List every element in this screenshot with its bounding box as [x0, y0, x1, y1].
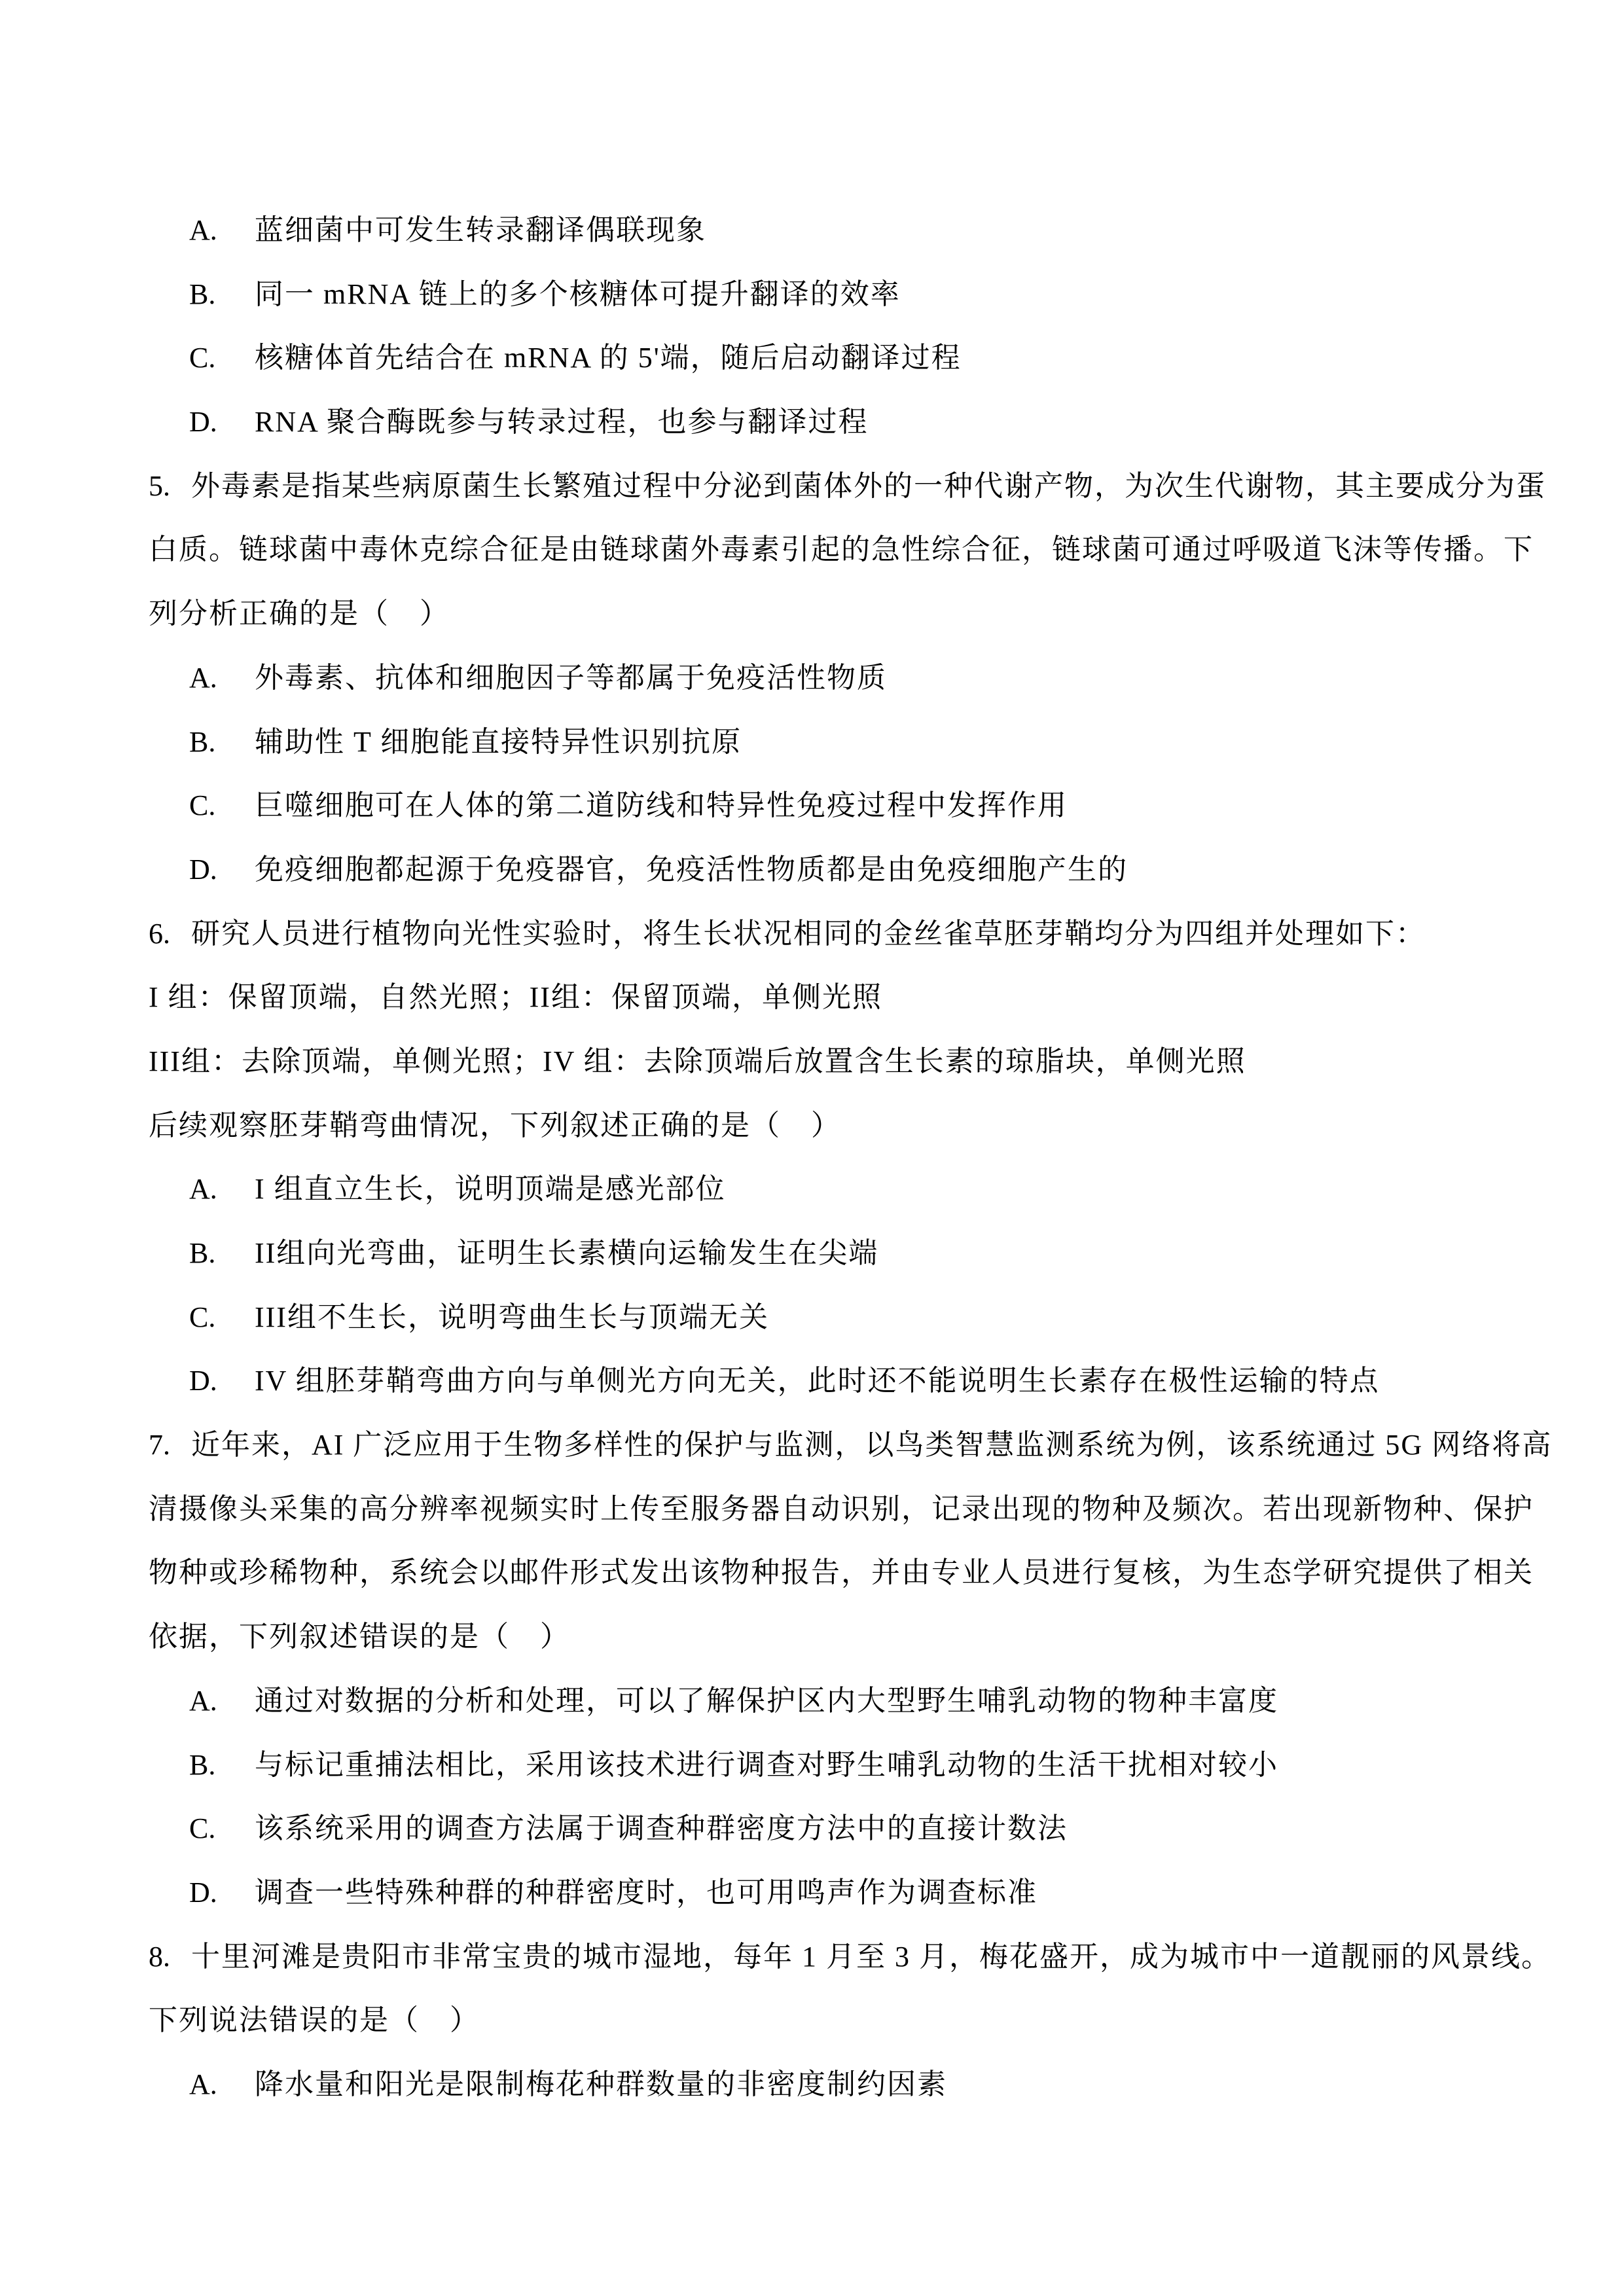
- question-stem-line: 6.研究人员进行植物向光性实验时，将生长状况相同的金丝雀草胚芽鞘均分为四组并处理…: [149, 902, 1566, 966]
- option-row: A.I 组直立生长，说明顶端是感光部位: [149, 1157, 1566, 1221]
- option-label: A.: [189, 2053, 255, 2117]
- question-stem-line: 8.十里河滩是贵阳市非常宝贵的城市湿地，每年 1 月至 3 月，梅花盛开，成为城…: [149, 1925, 1566, 1989]
- option-row: D.RNA 聚合酶既参与转录过程，也参与翻译过程: [149, 390, 1566, 454]
- stem-text: 近年来，AI 广泛应用于生物多样性的保护与监测，以鸟类智慧监测系统为例，该系统通…: [191, 1429, 1552, 1461]
- question-stem-line: 清摄像头采集的高分辨率视频实时上传至服务器自动识别，记录出现的物种及频次。若出现…: [149, 1477, 1566, 1541]
- question-number: 8.: [149, 1925, 191, 1989]
- option-text: 调查一些特殊种群的种群密度时，也可用鸣声作为调查标准: [255, 1876, 1038, 1909]
- stem-text: 清摄像头采集的高分辨率视频实时上传至服务器自动识别，记录出现的物种及频次。若出现…: [149, 1493, 1534, 1525]
- stem-text: 外毒素是指某些病原菌生长繁殖过程中分泌到菌体外的一种代谢产物，为次生代谢物，其主…: [191, 470, 1546, 502]
- question-stem-line: III组：去除顶端，单侧光照；IV 组：去除顶端后放置含生长素的琼脂块，单侧光照: [149, 1030, 1566, 1094]
- option-label: A.: [189, 198, 255, 262]
- question-number: 7.: [149, 1413, 191, 1477]
- option-row: A.外毒素、抗体和细胞因子等都属于免疫活性物质: [149, 646, 1566, 710]
- option-row: C.该系统采用的调查方法属于调查种群密度方法中的直接计数法: [149, 1797, 1566, 1861]
- option-row: B.与标记重捕法相比，采用该技术进行调查对野生哺乳动物的生活干扰相对较小: [149, 1733, 1566, 1797]
- option-label: C.: [189, 326, 255, 390]
- option-row: B.II组向光弯曲，证明生长素横向运输发生在尖端: [149, 1221, 1566, 1285]
- option-label: A.: [189, 646, 255, 710]
- exam-page: A.蓝细菌中可发生转录翻译偶联现象B.同一 mRNA 链上的多个核糖体可提升翻译…: [0, 0, 1624, 2296]
- question-stem-line: 列分析正确的是（ ）: [149, 582, 1566, 646]
- option-text: 免疫细胞都起源于免疫器官，免疫活性物质都是由免疫细胞产生的: [255, 853, 1128, 886]
- option-text: II组向光弯曲，证明生长素横向运输发生在尖端: [255, 1237, 878, 1269]
- question-stem-line: I 组：保留顶端，自然光照；II组：保留顶端，单侧光照: [149, 965, 1566, 1030]
- questions-area: A.蓝细菌中可发生转录翻译偶联现象B.同一 mRNA 链上的多个核糖体可提升翻译…: [149, 198, 1566, 2117]
- option-row: D.IV 组胚芽鞘弯曲方向与单侧光方向无关，此时还不能说明生长素存在极性运输的特…: [149, 1349, 1566, 1413]
- option-label: C.: [189, 1285, 255, 1350]
- option-text: 巨噬细胞可在人体的第二道防线和特异性免疫过程中发挥作用: [255, 789, 1068, 821]
- question-stem-line: 5.外毒素是指某些病原菌生长繁殖过程中分泌到菌体外的一种代谢产物，为次生代谢物，…: [149, 454, 1566, 518]
- stem-text: 后续观察胚芽鞘弯曲情况，下列叙述正确的是（ ）: [149, 1109, 841, 1141]
- option-row: D.免疫细胞都起源于免疫器官，免疫活性物质都是由免疫细胞产生的: [149, 838, 1566, 902]
- option-text: 蓝细菌中可发生转录翻译偶联现象: [255, 214, 706, 246]
- option-row: C.III组不生长，说明弯曲生长与顶端无关: [149, 1285, 1566, 1350]
- option-text: 同一 mRNA 链上的多个核糖体可提升翻译的效率: [255, 278, 901, 310]
- option-label: B.: [189, 710, 255, 774]
- option-label: D.: [189, 838, 255, 902]
- option-label: C.: [189, 1797, 255, 1861]
- stem-text: 研究人员进行植物向光性实验时，将生长状况相同的金丝雀草胚芽鞘均分为四组并处理如下…: [191, 918, 1426, 950]
- option-text: III组不生长，说明弯曲生长与顶端无关: [255, 1301, 769, 1333]
- option-row: B.辅助性 T 细胞能直接特异性识别抗原: [149, 710, 1566, 774]
- option-label: B.: [189, 1733, 255, 1797]
- stem-text: III组：去除顶端，单侧光照；IV 组：去除顶端后放置含生长素的琼脂块，单侧光照: [149, 1045, 1246, 1077]
- option-row: B.同一 mRNA 链上的多个核糖体可提升翻译的效率: [149, 262, 1566, 327]
- option-label: B.: [189, 262, 255, 327]
- option-label: D.: [189, 390, 255, 454]
- option-text: 外毒素、抗体和细胞因子等都属于免疫活性物质: [255, 662, 887, 694]
- option-label: D.: [189, 1861, 255, 1925]
- option-label: B.: [189, 1221, 255, 1285]
- stem-text: 下列说法错误的是（ ）: [149, 2004, 480, 2036]
- stem-text: 列分析正确的是（ ）: [149, 598, 450, 630]
- question-stem-line: 后续观察胚芽鞘弯曲情况，下列叙述正确的是（ ）: [149, 1094, 1566, 1158]
- option-text: 辅助性 T 细胞能直接特异性识别抗原: [255, 726, 742, 758]
- option-row: C.核糖体首先结合在 mRNA 的 5'端，随后启动翻译过程: [149, 326, 1566, 390]
- question-number: 5.: [149, 454, 191, 518]
- option-row: A.蓝细菌中可发生转录翻译偶联现象: [149, 198, 1566, 262]
- option-text: I 组直立生长，说明顶端是感光部位: [255, 1173, 726, 1205]
- option-text: RNA 聚合酶既参与转录过程，也参与翻译过程: [255, 406, 868, 438]
- question-stem-line: 7.近年来，AI 广泛应用于生物多样性的保护与监测，以鸟类智慧监测系统为例，该系…: [149, 1413, 1566, 1477]
- option-row: C.巨噬细胞可在人体的第二道防线和特异性免疫过程中发挥作用: [149, 774, 1566, 838]
- option-label: D.: [189, 1349, 255, 1413]
- question-stem-line: 白质。链球菌中毒休克综合征是由链球菌外毒素引起的急性综合征，链球菌可通过呼吸道飞…: [149, 518, 1566, 582]
- option-text: 该系统采用的调查方法属于调查种群密度方法中的直接计数法: [255, 1812, 1068, 1844]
- question-stem-line: 下列说法错误的是（ ）: [149, 1988, 1566, 2053]
- option-text: 降水量和阳光是限制梅花种群数量的非密度制约因素: [255, 2068, 947, 2100]
- question-number: 6.: [149, 902, 191, 966]
- question-stem-line: 依据，下列叙述错误的是（ ）: [149, 1605, 1566, 1669]
- stem-text: 白质。链球菌中毒休克综合征是由链球菌外毒素引起的急性综合征，链球菌可通过呼吸道飞…: [149, 533, 1534, 565]
- option-label: C.: [189, 774, 255, 838]
- option-text: 核糖体首先结合在 mRNA 的 5'端，随后启动翻译过程: [255, 342, 962, 374]
- option-label: A.: [189, 1157, 255, 1221]
- option-text: 与标记重捕法相比，采用该技术进行调查对野生哺乳动物的生活干扰相对较小: [255, 1749, 1278, 1781]
- stem-text: 依据，下列叙述错误的是（ ）: [149, 1621, 570, 1653]
- question-stem-line: 物种或珍稀物种，系统会以邮件形式发出该物种报告，并由专业人员进行复核，为生态学研…: [149, 1541, 1566, 1605]
- option-label: A.: [189, 1669, 255, 1733]
- option-row: D.调查一些特殊种群的种群密度时，也可用鸣声作为调查标准: [149, 1861, 1566, 1925]
- stem-text: I 组：保留顶端，自然光照；II组：保留顶端，单侧光照: [149, 981, 882, 1013]
- stem-text: 物种或珍稀物种，系统会以邮件形式发出该物种报告，并由专业人员进行复核，为生态学研…: [149, 1556, 1534, 1588]
- option-text: 通过对数据的分析和处理，可以了解保护区内大型野生哺乳动物的物种丰富度: [255, 1685, 1278, 1717]
- option-row: A.通过对数据的分析和处理，可以了解保护区内大型野生哺乳动物的物种丰富度: [149, 1669, 1566, 1733]
- option-text: IV 组胚芽鞘弯曲方向与单侧光方向无关，此时还不能说明生长素存在极性运输的特点: [255, 1365, 1380, 1397]
- stem-text: 十里河滩是贵阳市非常宝贵的城市湿地，每年 1 月至 3 月，梅花盛开，成为城市中…: [191, 1941, 1551, 1973]
- option-row: A.降水量和阳光是限制梅花种群数量的非密度制约因素: [149, 2053, 1566, 2117]
